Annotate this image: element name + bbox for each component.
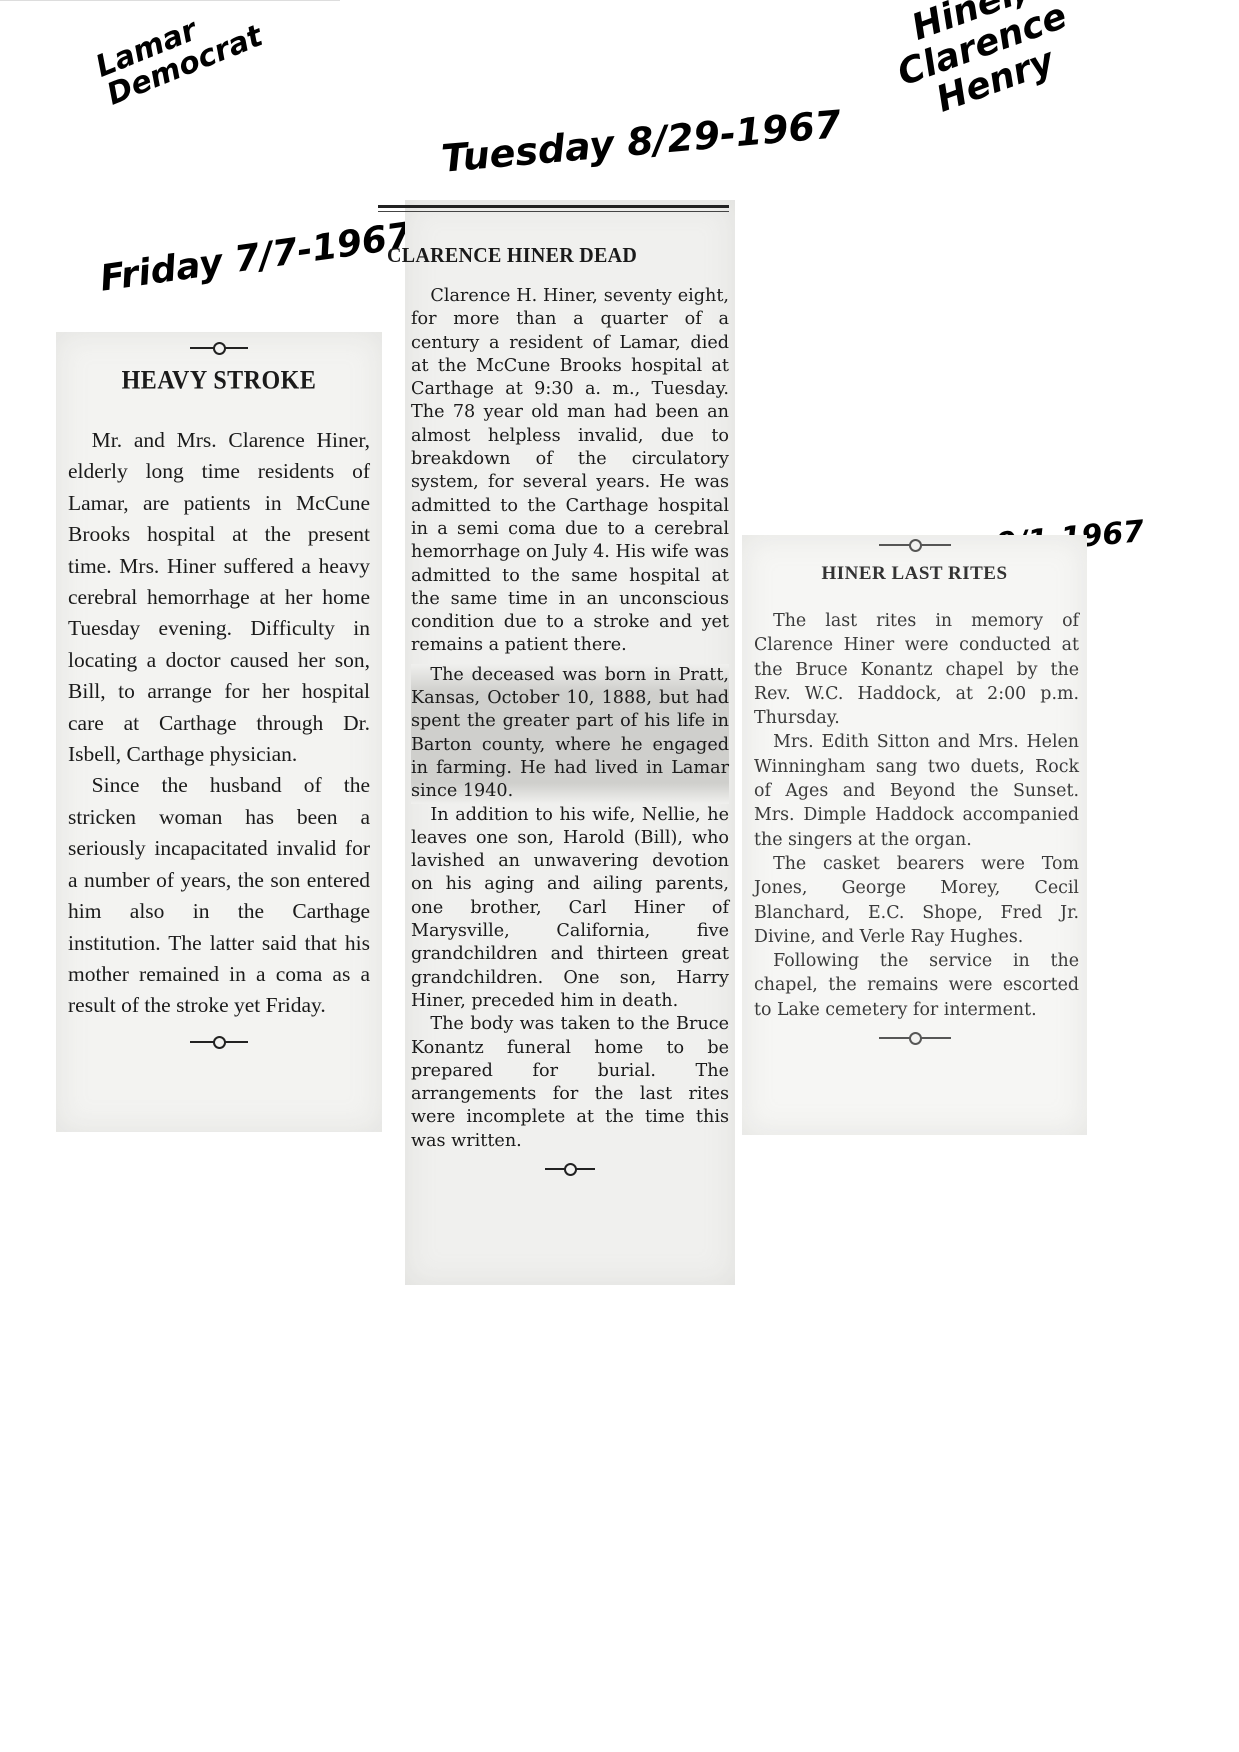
clipping-body: Mr. and Mrs. Clarence Hiner, elderly lon… (56, 425, 382, 1022)
clipping-headline: HEAVY STROKE (56, 367, 382, 397)
column-rule (378, 205, 729, 212)
clipping-hiner-last-rites: HINER LAST RITES The last rites in memor… (742, 535, 1087, 1135)
scan-edge-line (0, 0, 340, 1)
paragraph: The body was taken to the Bruce Konantz … (411, 1013, 729, 1153)
paragraph: Mrs. Edith Sitton and Mrs. Helen Winning… (754, 730, 1079, 851)
clipping-clarence-hiner-dead: CLARENCE HINER DEAD Clarence H. Hiner, s… (405, 200, 735, 1285)
paragraph: In addition to his wife, Nellie, he leav… (411, 804, 729, 1014)
clipping-heavy-stroke: HEAVY STROKE Mr. and Mrs. Clarence Hiner… (56, 332, 382, 1132)
ornament-divider-bottom (545, 1163, 595, 1175)
paragraph: Since the husband of the stricken woman … (68, 770, 370, 1021)
ornament-divider-bottom (879, 1032, 951, 1044)
handwritten-newspaper-name: Lamar Democrat (92, 0, 267, 111)
paragraph: The last rites in memory of Clarence Hin… (754, 609, 1079, 730)
paragraph: The casket bearers were Tom Jones, Georg… (754, 852, 1079, 949)
handwritten-subject-name: Hiner, Clarence Henry (880, 0, 1085, 129)
paragraph: Mr. and Mrs. Clarence Hiner, elderly lon… (68, 425, 370, 770)
paragraph: Clarence H. Hiner, seventy eight, for mo… (411, 285, 729, 658)
paragraph: The deceased was born in Pratt, Kansas, … (411, 664, 729, 804)
clipping-headline: HINER LAST RITES (742, 563, 1087, 585)
clipping-body: Clarence H. Hiner, seventy eight, for mo… (405, 285, 735, 1153)
clipping-headline: CLARENCE HINER DEAD (387, 223, 735, 268)
clipping-body: The last rites in memory of Clarence Hin… (742, 609, 1087, 1022)
handwritten-date-center: Tuesday 8/29-1967 (440, 105, 843, 178)
ornament-divider-top (190, 342, 248, 354)
ornament-divider-bottom (190, 1036, 248, 1048)
paragraph: Following the service in the chapel, the… (754, 949, 1079, 1022)
ornament-divider-top (879, 539, 951, 551)
handwritten-date-left: Friday 7/7-1967 (98, 218, 414, 297)
